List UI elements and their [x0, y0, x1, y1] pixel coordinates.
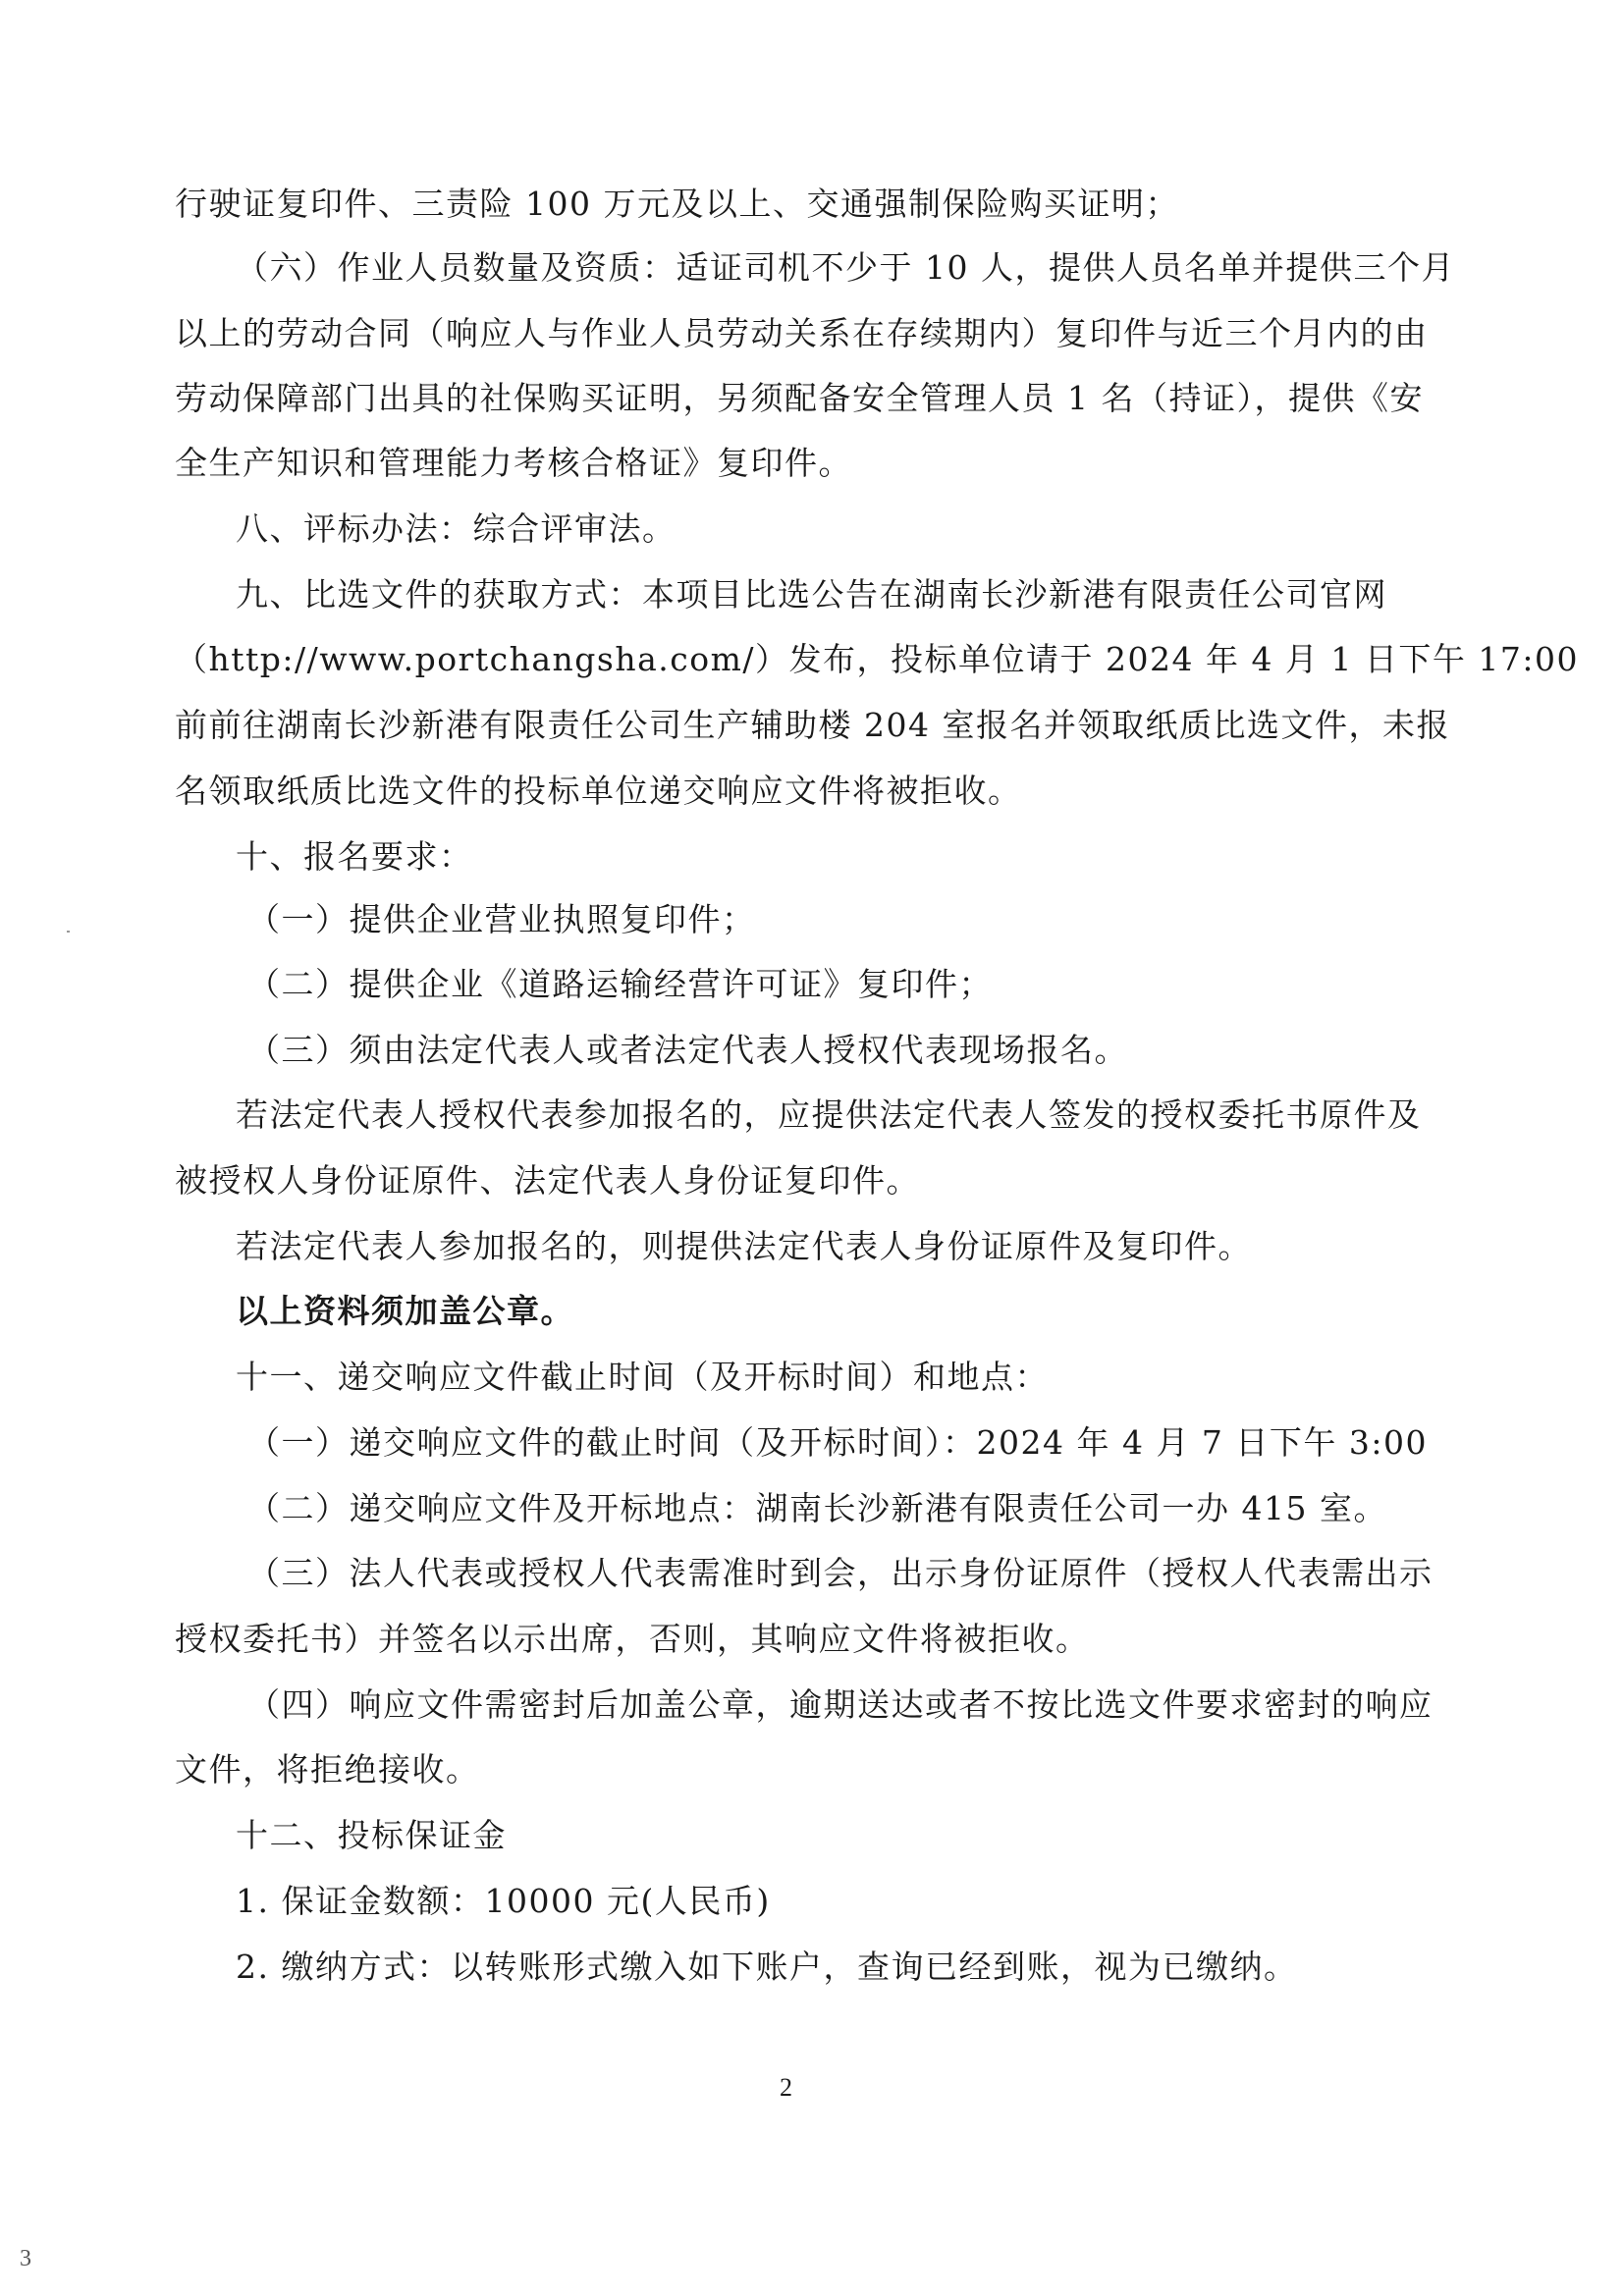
text-line: （六）作业人员数量及资质：适证司机不少于 10 人，提供人员名单并提供三个月 [236, 248, 1455, 288]
corner-mark: 3 [20, 2246, 31, 2272]
text-line: 以上的劳动合同（响应人与作业人员劳动关系在存续期内）复印件与近三个月内的由 [175, 314, 1429, 353]
page-number: 2 [780, 2073, 792, 2103]
text-line: 前前往湖南长沙新港有限责任公司生产辅助楼 204 室报名并领取纸质比选文件，未报 [175, 706, 1450, 745]
section-heading: 十二、投标保证金 [236, 1816, 507, 1855]
section-heading: 十、报名要求： [236, 837, 473, 877]
text-line: （http://www.portchangsha.com/）发布，投标单位请于 … [175, 640, 1579, 679]
list-item: （一）提供企业营业执照复印件； [247, 900, 756, 939]
text-line: 文件，将拒绝接收。 [175, 1750, 480, 1789]
section-heading: 十一、递交响应文件截止时间（及开标时间）和地点： [236, 1358, 1049, 1397]
list-item: 1. 保证金数额：10000 元(人民币) [236, 1882, 771, 1921]
section-heading: 八、评标办法：综合评审法。 [236, 509, 676, 549]
text-line: 名领取纸质比选文件的投标单位递交响应文件将被拒收。 [175, 772, 1022, 811]
emphasis-line: 以上资料须加盖公章。 [236, 1292, 574, 1331]
list-item: （二）递交响应文件及开标地点：湖南长沙新港有限责任公司一办 415 室。 [247, 1489, 1387, 1528]
list-item: （一）递交响应文件的截止时间（及开标时间）：2024 年 4 月 7 日下午 3… [247, 1423, 1428, 1463]
list-item: （二）提供企业《道路运输经营许可证》复印件； [247, 965, 993, 1004]
list-item: （三）法人代表或授权人代表需准时到会，出示身份证原件（授权人代表需出示 [247, 1554, 1434, 1593]
text-line: 被授权人身份证原件、法定代表人身份证复印件。 [175, 1161, 920, 1201]
list-item: （三）须由法定代表人或者法定代表人授权代表现场报名。 [247, 1031, 1128, 1070]
text-line: 行驶证复印件、三责险 100 万元及以上、交通强制保险购买证明； [175, 185, 1179, 224]
text-line: 若法定代表人参加报名的，则提供法定代表人身份证原件及复印件。 [236, 1227, 1252, 1266]
text-line: 劳动保障部门出具的社保购买证明，另须配备安全管理人员 1 名（持证），提供《安 [175, 379, 1424, 418]
section-heading: 九、比选文件的获取方式：本项目比选公告在湖南长沙新港有限责任公司官网 [236, 575, 1387, 614]
text-line: 全生产知识和管理能力考核合格证》复印件。 [175, 444, 852, 483]
text-line: 授权委托书）并签名以示出席，否则，其响应文件将被拒收。 [175, 1620, 1090, 1659]
text-line: 若法定代表人授权代表参加报名的，应提供法定代表人签发的授权委托书原件及 [236, 1095, 1422, 1135]
list-item: 2. 缴纳方式：以转账形式缴入如下账户，查询已经到账，视为已缴纳。 [236, 1948, 1297, 1987]
document-page: 行驶证复印件、三责险 100 万元及以上、交通强制保险购买证明； （六）作业人员… [0, 0, 1623, 2296]
scan-speck [67, 931, 70, 933]
list-item: （四）响应文件需密封后加盖公章，逾期送达或者不按比选文件要求密封的响应 [247, 1685, 1434, 1725]
